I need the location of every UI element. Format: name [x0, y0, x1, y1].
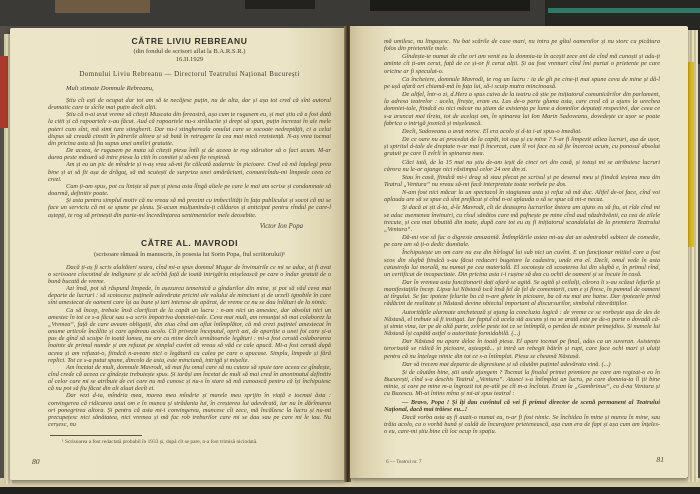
letter1-title: CĂTRE LIVIU REBREANU: [48, 36, 331, 46]
right-paragraph: Dacă vorba asta aș fi auzit-o numai eu, …: [384, 414, 660, 435]
letter2-paragraph: Dar vezi d-ta, mîndria mea, marea mea mî…: [48, 392, 331, 428]
right-paragraph: De ce oare nu ai procedat de la capăt, t…: [384, 136, 660, 157]
background-table-bottom: [0, 487, 700, 494]
letter1-source: (din fondul de scrisori aflat la B.A.R.S…: [48, 48, 331, 55]
book-photo: CĂTRE LIVIU REBREANU (din fondul de scri…: [0, 0, 700, 494]
letter1-paragraph: Știu cît ești de ocupat dar tot am să te…: [48, 97, 331, 111]
letter1-date: 16.II.1929: [48, 56, 331, 63]
right-paragraph: Dar să trecem mai departe de digresiune …: [384, 361, 660, 368]
letter1-paragraph: Știu că n-ai avut vreme să citești Musca…: [48, 111, 331, 147]
letter2-paragraph: Am încetat de mult, domnule Mavrodi, să …: [48, 364, 331, 393]
right-paragraph: Dă-mi voe să fac o digresie amuzantă. În…: [384, 234, 660, 248]
footnote-divider: [50, 435, 142, 436]
right-paragraph: Gîndește-te numai de cîte ori am venit e…: [384, 53, 660, 74]
background-book-spine-icon: [245, 0, 315, 9]
right-paragraph: Decît, Sadoveanu a avut noroc. El era ac…: [384, 128, 660, 135]
right-paragraph: De altfel, într-o zi, d.Herz a spus cuiv…: [384, 91, 660, 127]
red-bookmark-ribbon: [0, 56, 8, 128]
right-paragraph: Dar în vremea asta funcționarii dați afa…: [384, 279, 660, 308]
right-paragraph: Și dacă ai ști d-ta, d-le Mavrodi, cît d…: [384, 204, 660, 233]
letter1-salutation: Mult stimate Domnule Rebreanu,: [66, 85, 331, 92]
right-paragraph: Închipuiește un om care nu ese din bîrlo…: [384, 249, 660, 278]
letter2-title: CĂTRE AL. MAVRODI: [48, 238, 331, 248]
letter1-addressee: Domnului Liviu Rebreanu — Directorul Tea…: [48, 70, 331, 78]
right-page: mă umilesc, nu lingușesc. Nu bat scările…: [350, 26, 688, 478]
page-number-right: 81: [656, 455, 664, 464]
right-paragraph: Dar Năstasă nu apare deloc în toată pies…: [384, 338, 660, 359]
background-book-spine-icon: [370, 0, 530, 11]
letter1-signature: Victor Ion Popa: [48, 223, 303, 230]
right-paragraph: Și de căutăm bine, știi unde ajungem ? T…: [384, 369, 660, 398]
teal-book-edge-icon: [548, 8, 700, 13]
right-paragraph: Ca încheiere, domnule Mavrodi, te rog un…: [384, 76, 660, 90]
footnote: ¹ Scrisoarea a fost redactată probabil î…: [62, 439, 331, 445]
right-paragraph: Autoritățile alarmate anchetează și ajun…: [384, 309, 660, 338]
right-paragraph: N-am fost nici măcar la un spectacol în …: [384, 189, 660, 203]
page-number-left: 80: [32, 457, 40, 466]
letter1-paragraph: De aceea, te rugasem pe mata să citești …: [48, 147, 331, 161]
right-paragraph: Stau în casă, fiindcă mi-i drag să stau …: [384, 174, 660, 188]
letter1-paragraph: Și asta pentru simplul motiv că nu vreau…: [48, 197, 331, 218]
letter2-paragraph: Ca să încep, trebuie însă clarificat de …: [48, 307, 331, 364]
left-page: CĂTRE LIVIU REBREANU (din fondul de scri…: [10, 28, 347, 480]
printer-signature-mark: 6 — Teatrul nr. 7: [386, 459, 421, 465]
right-paragraph-dialogue: — Bravo, Popa ! Și îți dau cuvîntul că v…: [384, 399, 660, 413]
right-paragraph: mă umilesc, nu lingușesc. Nu bat scările…: [384, 38, 660, 52]
letter2-subtitle: (scrisoare rămasă în manuscris, în poses…: [48, 251, 331, 258]
letter1-paragraph: Cum ți-am spus, pot cu liniște să pun și…: [48, 183, 331, 197]
letter1-paragraph: Am și eu un pic de mîndrie și n-aș vrea …: [48, 161, 331, 182]
letter2-paragraph: Dacă ți-aș fi scris alaltăieri seara, cî…: [48, 264, 331, 285]
letter2-paragraph: Azi însă, pot să răspund limpede, în așe…: [48, 285, 331, 306]
right-paragraph: Căci iată, de la 15 mai nu știu de-am ie…: [384, 159, 660, 173]
background-book-spine-icon: [55, 0, 150, 13]
